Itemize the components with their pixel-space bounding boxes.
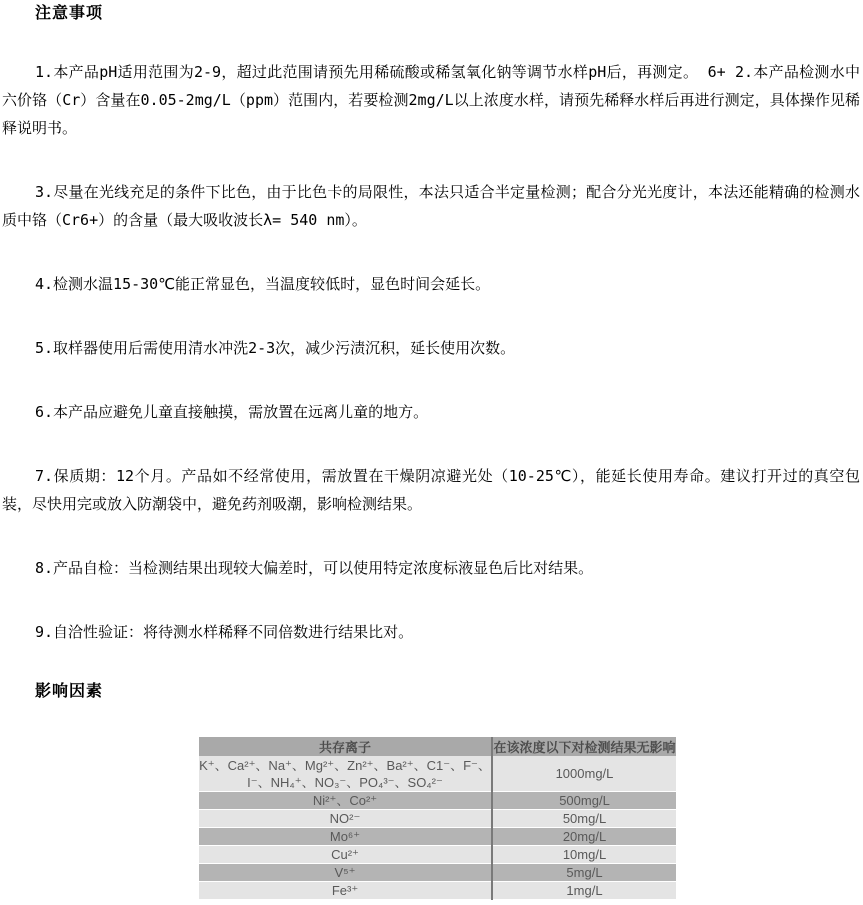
ions-cell: Ni²⁺、Co²⁺	[199, 792, 492, 810]
table-header-row: 共存离子 在该浓度以下对检测结果无影响	[199, 737, 676, 756]
limit-cell: 10mg/L	[492, 846, 676, 864]
col-header-no-effect-limit: 在该浓度以下对检测结果无影响	[492, 737, 676, 756]
limit-cell: 1000mg/L	[492, 756, 676, 792]
ions-cell: V⁵⁺	[199, 864, 492, 882]
ions-cell: NO²⁻	[199, 810, 492, 828]
ions-cell: Cu²⁺	[199, 846, 492, 864]
ions-cell: Fe³⁺	[199, 882, 492, 900]
limit-cell: 500mg/L	[492, 792, 676, 810]
table-row: Ni²⁺、Co²⁺ 500mg/L	[199, 792, 676, 810]
table-row: Fe³⁺ 1mg/L	[199, 882, 676, 900]
ions-cell: Mo⁶⁺	[199, 828, 492, 846]
limit-cell: 50mg/L	[492, 810, 676, 828]
note-item-7: 7.保质期：12个月。产品如不经常使用，需放置在干燥阴凉避光处（10-25℃），…	[2, 462, 860, 518]
limit-cell: 5mg/L	[492, 864, 676, 882]
table-row: Cu²⁺ 10mg/L	[199, 846, 676, 864]
note-item-3: 3.尽量在光线充足的条件下比色，由于比色卡的局限性，本法只适合半定量检测；配合分…	[2, 178, 860, 234]
notes-section-title: 注意事项	[35, 4, 863, 22]
note-item-1-2: 1.本产品pH适用范围为2-9，超过此范围请预先用稀硫酸或稀氢氧化钠等调节水样p…	[2, 58, 860, 142]
limit-cell: 20mg/L	[492, 828, 676, 846]
note-item-6: 6.本产品应避免儿童直接触摸，需放置在远离儿童的地方。	[2, 398, 860, 426]
table-row: Mo⁶⁺ 20mg/L	[199, 828, 676, 846]
note-item-4: 4.检测水温15-30℃能正常显色，当温度较低时，显色时间会延长。	[2, 270, 860, 298]
note-item-9: 9.自洽性验证：将待测水样稀释不同倍数进行结果比对。	[2, 618, 860, 646]
limit-cell: 1mg/L	[492, 882, 676, 900]
table-row: K⁺、Ca²⁺、Na⁺、Mg²⁺、Zn²⁺、Ba²⁺、C1⁻、F⁻、 I⁻、NH…	[199, 756, 676, 792]
note-item-8: 8.产品自检：当检测结果出现较大偏差时，可以使用特定浓度标液显色后比对结果。	[2, 554, 860, 582]
document-page: 注意事项 1.本产品pH适用范围为2-9，超过此范围请预先用稀硫酸或稀氢氧化钠等…	[0, 0, 863, 905]
col-header-coexisting-ions: 共存离子	[199, 737, 492, 756]
factors-section-title: 影响因素	[35, 682, 863, 700]
table-row: V⁵⁺ 5mg/L	[199, 864, 676, 882]
table-row: NO²⁻ 50mg/L	[199, 810, 676, 828]
ions-cell: K⁺、Ca²⁺、Na⁺、Mg²⁺、Zn²⁺、Ba²⁺、C1⁻、F⁻、 I⁻、NH…	[199, 756, 492, 792]
note-item-5: 5.取样器使用后需使用清水冲洗2-3次，减少污渍沉积，延长使用次数。	[2, 334, 860, 362]
interference-table: 共存离子 在该浓度以下对检测结果无影响 K⁺、Ca²⁺、Na⁺、Mg²⁺、Zn²…	[199, 737, 676, 900]
